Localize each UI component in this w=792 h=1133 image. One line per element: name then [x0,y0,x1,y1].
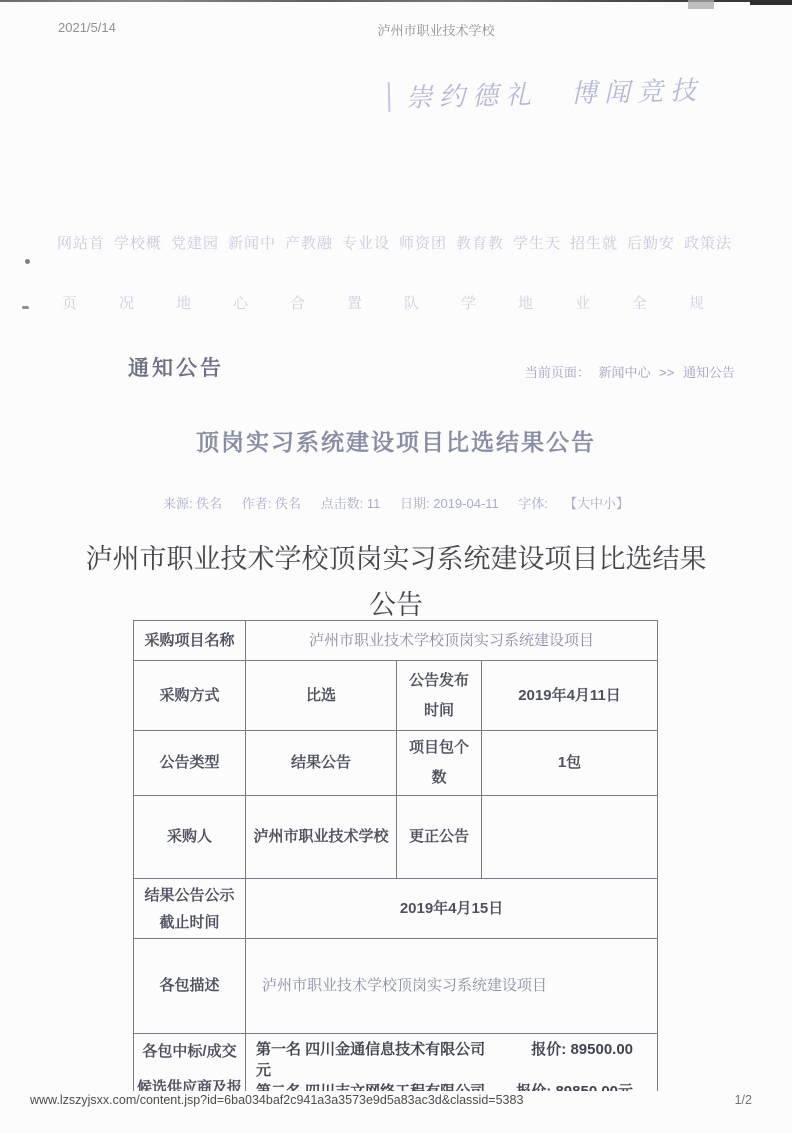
table-row: 各包中标/成交候选供应商及报 第一名 四川金通信息技术有限公司 报价: 8950… [134,1034,658,1092]
nav-item-faculty-wrap[interactable]: 队 [399,292,456,313]
publish-time-value: 2019年4月11日 [482,661,658,731]
table-row: 采购项目名称 泸州市职业技术学校顶岗实习系统建设项目 [134,621,658,661]
deadline-label: 结果公告公示截止时间 [134,879,246,939]
notice-type-label: 公告类型 [134,731,246,796]
nav-item-admissions[interactable]: 招生就 [570,232,627,253]
supplier-rank2-line: 第二名 四川志文网络工程有限公司 报价: 89850.00元 [256,1081,647,1091]
purchaser-label: 采购人 [134,796,246,879]
nav-item-school-overview-wrap[interactable]: 况 [114,292,171,313]
nav-item-home-wrap[interactable]: 页 [57,292,114,313]
table-row: 各包描述 泸州市职业技术学校顶岗实习系统建设项目 [134,939,658,1034]
slogan-divider-mark [388,82,391,112]
supplier1-name: 第一名 四川金通信息技术有限公司 [256,1039,485,1061]
table-row: 公告类型 结果公告 项目包个数 1包 [134,731,658,796]
procurement-table: 采购项目名称 泸州市职业技术学校顶岗实习系统建设项目 采购方式 比选 公告发布时… [133,620,658,1091]
procurement-table-container: 采购项目名称 泸州市职业技术学校顶岗实习系统建设项目 采购方式 比选 公告发布时… [133,620,659,1091]
scan-artifact-corner [750,0,792,5]
nav-item-home[interactable]: 网站首 [57,232,114,253]
document-heading: 泸州市职业技术学校顶岗实习系统建设项目比选结果公告 [81,536,711,628]
nav-item-industry[interactable]: 产教融 [285,232,342,253]
nav-item-faculty[interactable]: 师资团 [399,232,456,253]
school-motto-calligraphy: 崇约德礼 博闻竞技 [388,70,704,115]
meta-source: 来源: 佚名 [163,496,222,511]
breadcrumb-separator: >> [659,365,674,380]
package-count-value: 1包 [482,731,658,796]
nav-item-party[interactable]: 党建园 [171,232,228,253]
print-footer-url: www.lzszyjsxx.com/content.jsp?id=6ba034b… [30,1093,523,1107]
nav-item-school-overview[interactable]: 学校概 [114,232,171,253]
nav-item-news[interactable]: 新闻中 [228,232,285,253]
scan-artifact-topline [0,0,792,2]
supplier1-price: 报价: 89500.00 [531,1039,633,1061]
supplier1-price-wrap: 元 [256,1061,647,1081]
method-label: 采购方式 [134,661,246,731]
package-desc-label: 各包描述 [134,939,246,1034]
meta-date: 日期: 2019-04-11 [400,496,499,511]
nav-item-teaching[interactable]: 教育教 [456,232,513,253]
scan-artifact-speck [25,259,30,264]
nav-bar-line1: 网站首 学校概 党建园 新闻中 产教融 专业设 师资团 教育教 学生天 招生就 … [57,232,741,253]
print-footer-page-number: 1/2 [735,1093,752,1107]
supplier-rank1-line: 第一名 四川金通信息技术有限公司 报价: 89500.00 [256,1039,647,1061]
table-row: 采购人 泸州市职业技术学校 更正公告 [134,796,658,879]
scan-artifact-speck [22,306,29,309]
nav-item-party-wrap[interactable]: 地 [171,292,228,313]
purchaser-value: 泸州市职业技术学校 [246,796,397,879]
nav-item-students-wrap[interactable]: 地 [513,292,570,313]
article-meta: 来源: 佚名 作者: 佚名 点击数: 11 日期: 2019-04-11 字体:… [0,493,792,512]
nav-item-students[interactable]: 学生天 [513,232,570,253]
slogan-text: 崇约德礼 博闻竞技 [406,70,704,115]
scan-artifact-grayblock [688,0,714,9]
meta-font-label: 字体: [518,496,548,511]
nav-item-policies-wrap[interactable]: 规 [684,292,741,313]
nav-item-majors-wrap[interactable]: 置 [342,292,399,313]
nav-item-logistics[interactable]: 后勤安 [627,232,684,253]
package-count-label: 项目包个数 [397,731,482,796]
suppliers-value: 第一名 四川金通信息技术有限公司 报价: 89500.00 元 第二名 四川志文… [246,1034,658,1092]
meta-clicks: 点击数: 11 [321,496,381,511]
project-name-label: 采购项目名称 [134,621,246,661]
meta-author: 作者: 佚名 [242,496,301,511]
nav-item-admissions-wrap[interactable]: 业 [570,292,627,313]
nav-item-logistics-wrap[interactable]: 全 [627,292,684,313]
nav-item-majors[interactable]: 专业设 [342,232,399,253]
supplier2-name: 第二名 四川志文网络工程有限公司 [256,1081,485,1091]
package-desc-value: 泸州市职业技术学校顶岗实习系统建设项目 [246,939,658,1034]
nav-bar-line2: 页 况 地 心 合 置 队 学 地 业 全 规 [57,292,741,313]
suppliers-label: 各包中标/成交候选供应商及报 [134,1034,246,1092]
table-row: 结果公告公示截止时间 2019年4月15日 [134,879,658,939]
font-size-switcher[interactable]: 【大中小】 [564,496,629,511]
printed-page: 2021/5/14 泸州市职业技术学校 崇约德礼 博闻竞技 网站首 学校概 党建… [0,0,792,1133]
nav-item-teaching-wrap[interactable]: 学 [456,292,513,313]
deadline-value: 2019年4月15日 [246,879,658,939]
breadcrumb-link-notices[interactable]: 通知公告 [683,365,735,380]
supplier2-price: 报价: 89850.00元 [516,1081,633,1091]
breadcrumb-label: 当前页面： [525,365,590,380]
article-title: 顶岗实习系统建设项目比选结果公告 [0,424,792,457]
nav-item-industry-wrap[interactable]: 合 [285,292,342,313]
nav-item-news-wrap[interactable]: 心 [228,292,285,313]
correction-value-cell [482,796,658,879]
breadcrumb-link-news-center[interactable]: 新闻中心 [599,365,651,380]
notice-type-value: 结果公告 [246,731,397,796]
print-header-title: 泸州市职业技术学校 [40,20,792,39]
method-value: 比选 [246,661,397,731]
breadcrumb: 当前页面： 新闻中心 >> 通知公告 [520,362,735,381]
section-title-notices: 通知公告 [128,352,224,382]
nav-item-policies[interactable]: 政策法 [684,232,741,253]
project-name-value: 泸州市职业技术学校顶岗实习系统建设项目 [246,621,658,661]
table-row: 采购方式 比选 公告发布时间 2019年4月11日 [134,661,658,731]
correction-label: 更正公告 [397,796,482,879]
publish-time-label: 公告发布时间 [397,661,482,731]
